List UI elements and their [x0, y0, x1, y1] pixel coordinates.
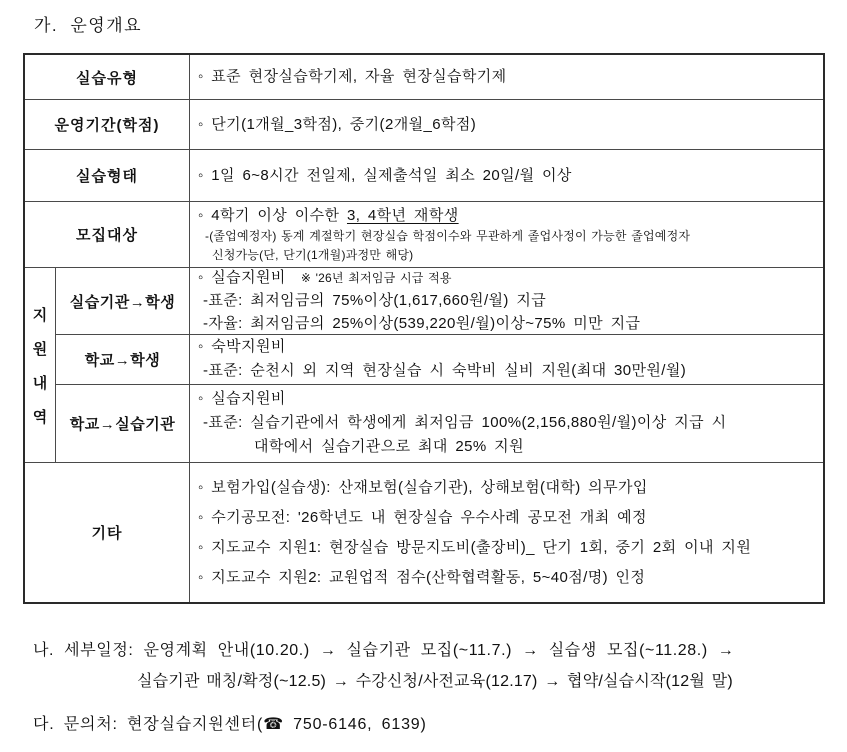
subrow-org-to-student: 실습기관→학생 ◦ 실습지원비 ※ '26년 최저임금 시급 적용 -표준: 최…	[56, 268, 823, 335]
table-row-period: 운영기간(학점) ◦ 단기(1개월_3학점), 중기(2개월_6학점)	[25, 100, 823, 150]
overview-table: 실습유형 ◦ 표준 현장실습학기제, 자율 현장실습학기제 운영기간(학점) ◦…	[23, 53, 825, 604]
text-line: ◦ 지도교수 지원2: 교원업적 점수(산학협력활동, 5~40점/명) 인정	[198, 569, 817, 587]
vertical-char: 원	[33, 338, 48, 359]
row-label: 실습형태	[25, 150, 190, 201]
row-content: ◦ 실습지원비 -표준: 실습기관에서 학생에게 최저임금 100%(2,156…	[190, 385, 823, 462]
row-label: 실습유형	[25, 55, 190, 99]
vertical-char: 지	[33, 304, 48, 325]
text-line: ◦ 단기(1개월_3학점), 중기(2개월_6학점)	[198, 116, 817, 134]
text-line: ◦ 수기공모전: '26학년도 내 현장실습 우수사례 공모전 개최 예정	[198, 509, 817, 527]
text-line: ◦ 보험가입(실습생): 산재보험(실습기관), 상해보험(대학) 의무가입	[198, 479, 817, 497]
row-label: 기타	[25, 463, 190, 602]
table-row-support-details: 지 원 내 역 실습기관→학생 ◦ 실습지원비 ※ '26년 최저임금 시급 적…	[25, 268, 823, 463]
text-line: ◦ 숙박지원비	[198, 338, 817, 356]
text-line: -표준: 실습기관에서 학생에게 최저임금 100%(2,156,880원/월)…	[203, 414, 817, 432]
row-label: 학교→실습기관	[56, 385, 190, 462]
support-subrows: 실습기관→학생 ◦ 실습지원비 ※ '26년 최저임금 시급 적용 -표준: 최…	[56, 268, 823, 462]
row-content: ◦ 실습지원비 ※ '26년 최저임금 시급 적용 -표준: 최저임금의 75%…	[190, 268, 823, 334]
text-line: ◦ 실습지원비 ※ '26년 최저임금 시급 적용	[198, 269, 817, 287]
text-line: ◦ 표준 현장실습학기제, 자율 현장실습학기제	[198, 68, 817, 86]
underlined-text: 3, 4학년 재학생	[347, 207, 459, 224]
table-row-practice-type: 실습유형 ◦ 표준 현장실습학기제, 자율 현장실습학기제	[25, 55, 823, 100]
text-line: 대학에서 실습기관으로 최대 25% 지원	[254, 438, 817, 456]
reference-note: ※ '26년 최저임금 시급 적용	[301, 271, 452, 285]
footnote-line: -(졸업예정자) 동계 계절학기 현장실습 학점이수와 무관하게 졸업사정이 가…	[205, 229, 817, 244]
section-heading-ga: 가. 운영개요	[34, 11, 142, 36]
text-line: -표준: 순천시 외 지역 현장실습 시 숙박비 실비 지원(최대 30만원/월…	[203, 362, 817, 380]
row-content: ◦ 1일 6~8시간 전일제, 실제출석일 최소 20일/월 이상	[190, 150, 823, 201]
table-row-recruit-target: 모집대상 ◦ 4학기 이상 이수한 3, 4학년 재학생 -(졸업예정자) 동계…	[25, 202, 823, 268]
text-line: -표준: 최저임금의 75%이상(1,617,660원/월) 지급	[203, 292, 817, 310]
row-label: 모집대상	[25, 202, 190, 267]
footnote-line: 신청가능(단, 단기(1개월)과정만 해당)	[212, 248, 817, 263]
schedule-line-2: 실습기관 매칭/확정(~12.5) → 수강신청/사전교육(12.17) → 협…	[137, 668, 733, 691]
text-line: ◦ 실습지원비	[198, 390, 817, 408]
text-line: -자율: 최저임금의 25%이상(539,220원/월)이상~75% 미만 지급	[203, 315, 817, 333]
row-label: 학교→학생	[56, 335, 190, 384]
row-content: ◦ 보험가입(실습생): 산재보험(실습기관), 상해보험(대학) 의무가입 ◦…	[190, 463, 823, 602]
row-content: ◦ 단기(1개월_3학점), 중기(2개월_6학점)	[190, 100, 823, 149]
phone-icon: ☎	[263, 716, 284, 733]
row-label: 운영기간(학점)	[25, 100, 190, 149]
contact-numbers: 750-6146, 6139)	[284, 716, 427, 733]
text-line: ◦ 4학기 이상 이수한 3, 4학년 재학생	[198, 207, 817, 225]
subrow-school-to-student: 학교→학생 ◦ 숙박지원비 -표준: 순천시 외 지역 현장실습 시 숙박비 실…	[56, 335, 823, 385]
vertical-char: 내	[33, 372, 48, 393]
text-line: ◦ 지도교수 지원1: 현장실습 방문지도비(출장비)_ 단기 1회, 중기 2…	[198, 539, 817, 557]
row-content: ◦ 4학기 이상 이수한 3, 4학년 재학생 -(졸업예정자) 동계 계절학기…	[190, 202, 823, 267]
contact-prefix: 다. 문의처: 현장실습지원센터(	[33, 716, 263, 733]
row-content: ◦ 숙박지원비 -표준: 순천시 외 지역 현장실습 시 숙박비 실비 지원(최…	[190, 335, 823, 384]
table-row-etc: 기타 ◦ 보험가입(실습생): 산재보험(실습기관), 상해보험(대학) 의무가…	[25, 463, 823, 602]
vertical-char: 역	[33, 406, 48, 427]
document-page: 가. 운영개요 실습유형 ◦ 표준 현장실습학기제, 자율 현장실습학기제 운영…	[0, 0, 847, 752]
text-line: ◦ 1일 6~8시간 전일제, 실제출석일 최소 20일/월 이상	[198, 167, 817, 185]
support-category-vertical-label: 지 원 내 역	[25, 268, 56, 462]
subrow-school-to-org: 학교→실습기관 ◦ 실습지원비 -표준: 실습기관에서 학생에게 최저임금 10…	[56, 385, 823, 462]
schedule-line-1: 나. 세부일정: 운영계획 안내(10.20.) → 실습기관 모집(~11.7…	[33, 637, 734, 660]
row-content: ◦ 표준 현장실습학기제, 자율 현장실습학기제	[190, 55, 823, 99]
table-row-practice-form: 실습형태 ◦ 1일 6~8시간 전일제, 실제출석일 최소 20일/월 이상	[25, 150, 823, 202]
row-label: 실습기관→학생	[56, 268, 190, 334]
contact-line: 다. 문의처: 현장실습지원센터(☎ 750-6146, 6139)	[33, 711, 427, 734]
text-segment: ◦ 실습지원비	[198, 269, 286, 286]
text-segment: ◦ 4학기 이상 이수한	[198, 207, 347, 224]
